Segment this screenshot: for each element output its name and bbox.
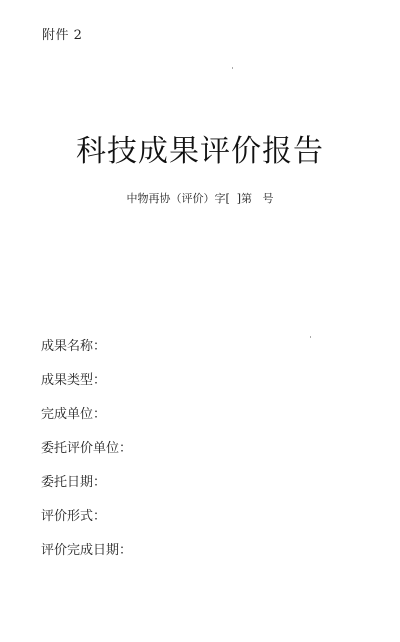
field-achievement-name: 成果名称：	[41, 338, 132, 372]
field-commissioning-unit: 委托评价单位：	[41, 440, 132, 474]
scan-speck	[310, 336, 311, 338]
field-completing-unit: 完成单位：	[41, 406, 132, 440]
attachment-label: 附件 2	[42, 24, 82, 43]
field-label: 委托评价单位：	[41, 441, 132, 456]
field-label: 评价完成日期：	[41, 543, 132, 558]
field-label: 完成单位：	[41, 407, 106, 422]
report-title: 科技成果评价报告	[0, 126, 400, 170]
field-label: 评价形式：	[41, 509, 106, 524]
field-evaluation-completion-date: 评价完成日期：	[41, 542, 132, 576]
field-label: 成果名称：	[41, 339, 106, 354]
field-achievement-type: 成果类型：	[41, 372, 132, 406]
field-label: 委托日期：	[41, 475, 106, 490]
field-commission-date: 委托日期：	[41, 474, 132, 508]
field-evaluation-form: 评价形式：	[41, 508, 132, 542]
document-number: 中物再协（评价）字[ ]第 号	[0, 190, 400, 206]
field-label: 成果类型：	[41, 373, 106, 388]
form-fields: 成果名称： 成果类型： 完成单位： 委托评价单位： 委托日期： 评价形式： 评价…	[41, 338, 132, 576]
scan-speck	[232, 67, 233, 69]
